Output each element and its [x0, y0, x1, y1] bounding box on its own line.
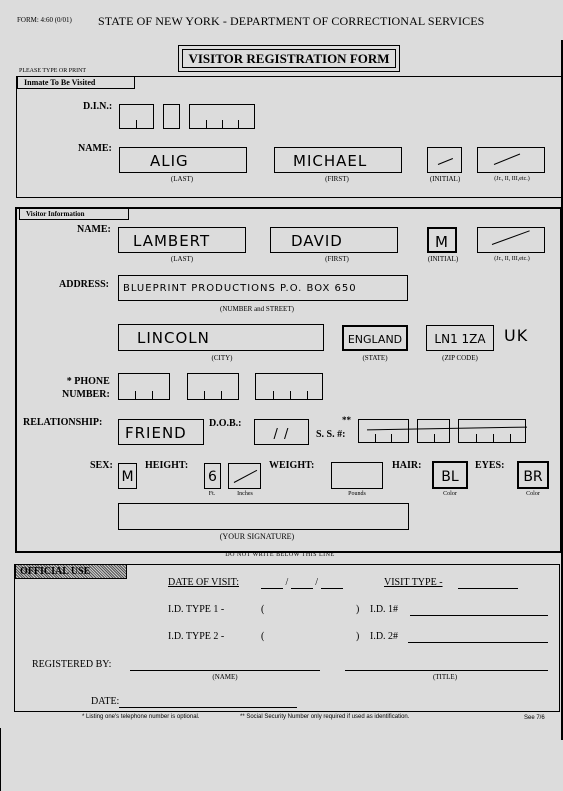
relationship-label: RELATIONSHIP:	[23, 417, 102, 428]
address-caption: (NUMBER and STREET)	[197, 305, 317, 313]
phone-line-field[interactable]	[255, 373, 323, 400]
visitor-suffix-caption: (Jr., II, III,etc.)	[472, 256, 552, 262]
visitor-first-caption: (FIRST)	[307, 255, 367, 263]
inmate-suffix-field[interactable]	[477, 147, 545, 173]
din-field-1[interactable]	[119, 104, 154, 129]
id-type-1-field[interactable]	[267, 603, 353, 615]
id-type-2-label: I.D. TYPE 2 -	[168, 631, 224, 642]
signature-caption: (YOUR SIGNATURE)	[197, 532, 317, 541]
id-type-1-paren-close: )	[356, 604, 359, 615]
visitor-initial-field[interactable]: M	[427, 227, 457, 253]
height-ft-value: 6	[208, 469, 217, 485]
id-type-1-label: I.D. TYPE 1 -	[168, 604, 224, 615]
relationship-field[interactable]: FRIEND	[118, 419, 204, 445]
sex-label: SEX:	[90, 460, 113, 471]
form-number: FORM: 4:60 (0/01)	[17, 16, 72, 24]
dob-field[interactable]: / /	[254, 419, 309, 445]
ss-field-3[interactable]	[458, 419, 526, 443]
inmate-section-tab: Inmate To Be Visited	[17, 77, 135, 89]
country-note: UK	[504, 326, 528, 345]
weight-label: WEIGHT:	[269, 460, 314, 471]
registered-by-title-caption: (TITLE)	[420, 673, 470, 681]
visitor-suffix-field[interactable]	[477, 227, 545, 253]
height-ft-field[interactable]: 6	[204, 463, 221, 489]
visitor-initial-caption: (INITIAL)	[415, 255, 471, 263]
ss-label: S. S. #:	[316, 429, 345, 440]
sex-value: M	[121, 469, 133, 485]
eyes-label: EYES:	[475, 460, 504, 471]
form-title-box: VISITOR REGISTRATION FORM	[178, 45, 400, 72]
registered-by-title-field[interactable]	[345, 659, 548, 671]
visitor-initial-value: M	[435, 233, 449, 251]
id-1-label: I.D. 1#	[370, 604, 398, 615]
inmate-first-name-field[interactable]: MICHAEL	[274, 147, 402, 173]
footnote-phone: * Listing one's telephone number is opti…	[82, 714, 200, 720]
visitor-last-caption: (LAST)	[152, 255, 212, 263]
sex-field[interactable]: M	[118, 463, 137, 489]
id-2-label: I.D. 2#	[370, 631, 398, 642]
inmate-last-name-value: ALIG	[150, 152, 189, 170]
inmate-name-label: NAME:	[78, 143, 112, 154]
id-type-2-paren-close: )	[356, 631, 359, 642]
dob-value: / /	[274, 427, 290, 442]
id-type-1-paren-open: (	[261, 604, 264, 615]
page-ref: See 7/6	[524, 715, 545, 721]
scan-edge-left	[0, 728, 1, 791]
address-label: ADDRESS:	[59, 279, 109, 290]
registered-by-label: REGISTERED BY:	[32, 659, 111, 670]
id-type-2-field[interactable]	[267, 630, 353, 642]
state-field[interactable]: ENGLAND	[342, 325, 408, 351]
id-1-field[interactable]	[410, 604, 548, 616]
visitor-last-name-field[interactable]: LAMBERT	[118, 227, 246, 253]
inmate-initial-caption: (INITIAL)	[417, 175, 473, 183]
phone-area-code-field[interactable]	[118, 373, 170, 400]
hair-field[interactable]: BL	[432, 461, 468, 489]
id-type-2-paren-open: (	[261, 631, 264, 642]
din-field-3[interactable]	[189, 104, 255, 129]
relationship-value: FRIEND	[125, 424, 187, 442]
phone-prefix-field[interactable]	[187, 373, 239, 400]
eyes-field[interactable]: BR	[517, 461, 549, 489]
phone-label-line-1: * PHONE	[62, 375, 110, 388]
visitor-first-name-value: DAVID	[291, 232, 343, 250]
date-label: DATE:	[91, 696, 119, 707]
hair-label: HAIR:	[392, 460, 421, 471]
visit-type-field[interactable]	[458, 577, 518, 589]
phone-label: * PHONE NUMBER:	[62, 375, 110, 401]
ss-field-2[interactable]	[417, 419, 450, 443]
do-not-write-note: DO NOT WRITE BELOW THIS LINE	[200, 552, 360, 558]
phone-label-line-2: NUMBER:	[62, 388, 110, 401]
dob-label: D.O.B.:	[209, 418, 242, 429]
inmate-first-name-value: MICHAEL	[293, 152, 367, 170]
visitor-name-label: NAME:	[77, 224, 111, 235]
state-value: ENGLAND	[348, 333, 402, 346]
inmate-last-name-field[interactable]: ALIG	[119, 147, 247, 173]
height-ft-caption: Ft.	[202, 491, 222, 497]
visitor-section: Visitor Information NAME: LAMBERT (LAST)…	[15, 207, 562, 553]
official-use-section: OFFICIAL USE DATE OF VISIT: / / VISIT TY…	[14, 564, 560, 712]
inmate-section: Inmate To Be Visited D.I.N.: NAME: ALIG …	[16, 76, 563, 198]
form-title: VISITOR REGISTRATION FORM	[182, 49, 396, 68]
weight-field[interactable]	[331, 462, 383, 489]
inmate-suffix-caption: (Jr., II, III,etc.)	[472, 176, 552, 182]
city-caption: (CITY)	[197, 354, 247, 362]
hair-caption: Color	[432, 491, 468, 497]
weight-caption: Pounds	[332, 491, 382, 497]
id-2-field[interactable]	[408, 631, 548, 643]
registered-by-name-caption: (NAME)	[195, 673, 255, 681]
din-label: D.I.N.:	[83, 101, 112, 112]
zip-field[interactable]: LN1 1ZA	[426, 325, 494, 351]
agency-title: STATE OF NEW YORK - DEPARTMENT OF CORREC…	[98, 14, 484, 29]
ss-field-1[interactable]	[358, 419, 409, 443]
city-field[interactable]: LINCOLN	[118, 324, 324, 351]
state-caption: (STATE)	[347, 354, 403, 362]
registered-by-name-field[interactable]	[130, 659, 320, 671]
zip-caption: (ZIP CODE)	[427, 354, 493, 362]
signature-field[interactable]	[118, 503, 409, 530]
ss-marker: **	[342, 415, 351, 425]
visitor-first-name-field[interactable]: DAVID	[270, 227, 398, 253]
visitor-last-name-value: LAMBERT	[133, 232, 210, 250]
height-label: HEIGHT:	[145, 460, 188, 471]
address-value: BLUEPRINT PRODUCTIONS P.O. BOX 650	[123, 283, 357, 294]
date-field[interactable]	[119, 696, 297, 708]
address-field[interactable]: BLUEPRINT PRODUCTIONS P.O. BOX 650	[118, 275, 408, 301]
date-of-visit-field[interactable]: / /	[261, 577, 353, 589]
zip-value: LN1 1ZA	[434, 332, 485, 346]
visitor-section-tab: Visitor Information	[19, 209, 129, 220]
hair-value: BL	[441, 469, 458, 485]
height-in-field[interactable]	[228, 463, 261, 489]
din-field-2[interactable]	[163, 104, 180, 129]
instruction-text: PLEASE TYPE OR PRINT	[19, 68, 86, 74]
visit-type-label: VISIT TYPE -	[384, 577, 443, 588]
date-of-visit-label: DATE OF VISIT:	[168, 577, 239, 588]
eyes-caption: Color	[517, 491, 549, 497]
height-in-caption: Inches	[225, 491, 265, 497]
city-value: LINCOLN	[137, 329, 210, 347]
official-use-tab: OFFICIAL USE	[15, 564, 127, 579]
inmate-first-caption: (FIRST)	[307, 175, 367, 183]
footnote-ssn: ** Social Security Number only required …	[240, 714, 409, 720]
inmate-last-caption: (LAST)	[147, 175, 217, 183]
inmate-initial-field[interactable]	[427, 147, 462, 173]
eyes-value: BR	[523, 469, 542, 485]
